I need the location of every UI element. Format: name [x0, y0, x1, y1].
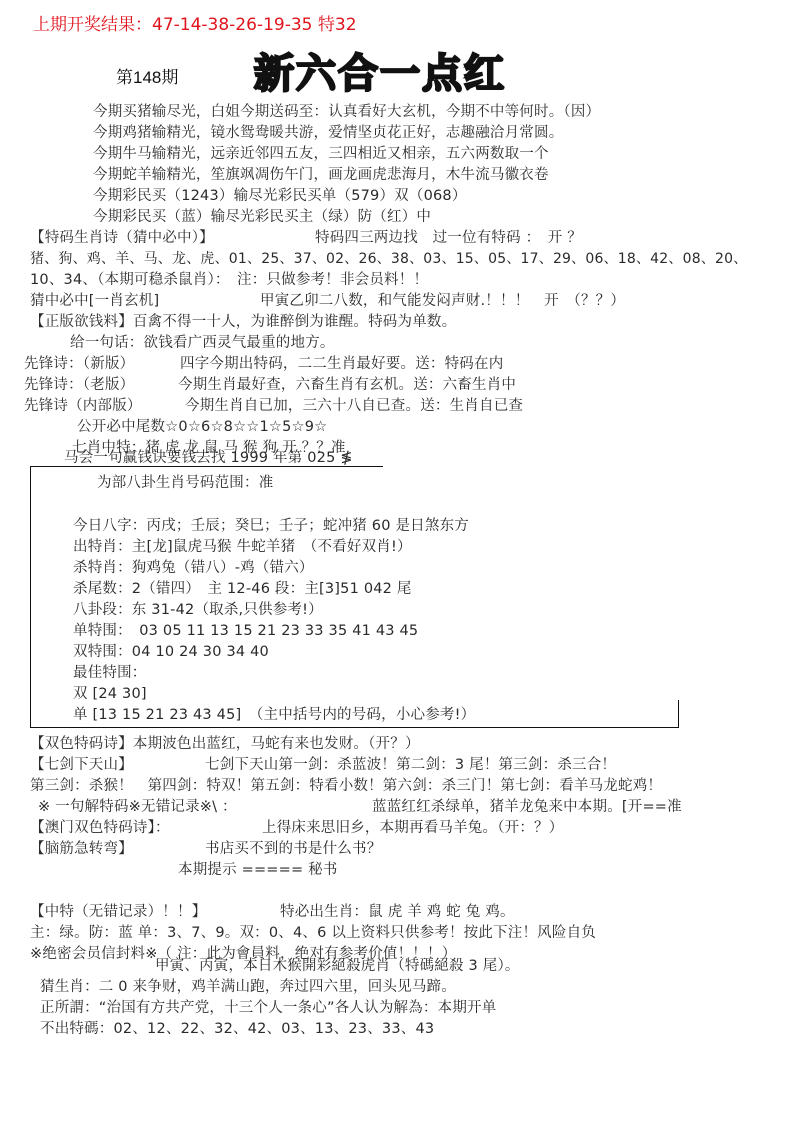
bagua-line: 八卦段：东 31-42（取杀,只供参考!）	[73, 601, 323, 619]
pioneer-old-label: 先锋诗：（老版）	[24, 376, 134, 394]
footer-line: 猜生肖：二 0 来争财，鸡羊满山跑，奔过四六里，回头见马蹄。	[40, 978, 456, 996]
hint-text: 特码四三两边找 过一位有特码 ： 开 ？	[315, 229, 582, 247]
horse-phrase: 马会一句赢钱诀要钱去找 1999 年第 025 ≸	[64, 449, 353, 467]
seven-sword-text: 七剑下天山第一剑：杀蓝波！第二剑：3 尾！第三剑：杀三合！	[205, 756, 616, 774]
last-result-label: 上期开奖结果：	[33, 15, 152, 35]
pioneer-new-text: 四字今期出特码，二二生肖最好要。送：特码在内	[180, 355, 503, 373]
last-result-special: 特32	[318, 15, 357, 35]
color-poem: 【双色特码诗】本期波色出蓝红，马蛇有来也发财。（开？）	[30, 735, 420, 753]
page-title-logo: 新六合一点红	[254, 42, 506, 99]
poem-line: 今期彩民买（1243）输尽光彩民买单（579）双（068）	[93, 187, 467, 205]
number-list: 10、34、（本期可稳杀鼠肖）： 注：只做参考！非会员料！！	[30, 271, 428, 289]
footer-line: 甲寅、丙寅，本日木猴開彩絕殺虎肖（特碼絕殺 3 尾）。	[155, 957, 520, 975]
pioneer-inner-text: 今期生肖自已加，三六十八自已查。送：生肖自已查	[185, 397, 523, 415]
best-label: 最佳特围：	[73, 664, 147, 682]
best-odd-line: 单 [13 15 21 23 43 45] （主中括号内的号码，小心参考!）	[73, 706, 475, 724]
pioneer-inner-label: 先锋诗（内部版）	[24, 397, 142, 415]
pioneer-old-text: 今期生肖最好查，六畜生肖有玄机。送：六畜生肖中	[178, 376, 516, 394]
one-phrase-text: 蓝蓝红红杀绿单，猪羊龙兔来中本期。[开==准	[372, 798, 682, 816]
footer-line: 正所謂：“治国有方共产党，十三个人一条心”各人认为解為：本期开单	[40, 999, 496, 1017]
issue-number: 第148期	[116, 63, 178, 88]
money-line: 【正版欲钱料】百禽不得一十人，为谁醉倒为谁醒。特码为单数。	[30, 313, 456, 331]
poem-line: 今期彩民买（蓝）输尽光彩民买主（绿）防（红）中	[93, 208, 431, 226]
kill-tail-line: 杀尾数：2（错四） 主 12-46 段：主[3]51 042 尾	[73, 580, 412, 598]
mid-text: 特必出生肖：鼠 虎 羊 鸡 蛇 兔 鸡。	[280, 903, 515, 921]
last-result-numbers: 47-14-38-26-19-35	[152, 15, 312, 35]
box-title: 为部八卦生肖号码范围：准	[97, 474, 273, 492]
one-phrase-label: ※ 一句解特码※无错记录※\ ：	[38, 798, 237, 816]
bazi-line: 今日八字：丙戌；壬辰；癸巳；壬子；蛇冲猪 60 是日煞东方	[73, 517, 469, 535]
even-range-line: 双特围：04 10 24 30 34 40	[73, 643, 269, 661]
seven-sword-text: 第三剑：杀猴！ 第四剑：特双！第五剑：特看小数！第六剑：杀三门！第七剑：看羊马龙…	[30, 777, 662, 795]
kill-zodiac-line: 杀特肖：狗鸡兔（错八）-鸡（错六）	[73, 559, 314, 577]
brain-hint: 本期提示 ===== 秘书	[178, 861, 338, 879]
macau-label: 【澳门双色特码诗】：	[30, 819, 170, 837]
poem-line: 今期牛马输精光，远亲近邻四五友，三四相近又相亲，五六两数取一个	[93, 145, 549, 163]
pioneer-new-label: 先锋诗：（新版）	[24, 355, 134, 373]
best-even-line: 双 [24 30]	[73, 685, 147, 703]
guess-text: 甲寅乙卯二八数，和气能发闷声财.！！！ 开 （？？）	[260, 292, 625, 310]
footer-line: 不出特碼：02、12、22、32、42、03、13、23、33、43	[40, 1020, 434, 1038]
box-border-left	[30, 466, 31, 728]
guess-label: 猜中必中[一肖玄机]	[30, 292, 159, 310]
box-border-bottom	[30, 727, 679, 728]
brain-text: 书店买不到的书是什么书？	[205, 840, 381, 858]
mid-label: 【中特（无错记录）！！】	[30, 903, 206, 921]
box-border-right	[678, 700, 679, 728]
number-list: 猪、狗、鸡、羊、马、龙、虎、01、25、37、02、26、38、03、15、05…	[30, 250, 747, 268]
poem-line: 今期鸡猪输精光，镜水鸳鸯暖共游，爱情坚贞花正好，志趣融洽月常圆。	[93, 124, 563, 142]
tail-numbers: 公开必中尾数☆0☆6☆8☆☆1☆5☆9☆	[77, 418, 327, 436]
poem-line: 今期买猪输尽光，白姐今期送码至：认真看好大玄机，今期不中等何时。（因）	[93, 103, 600, 121]
color-line: 主：绿。防：蓝 单：3、7、9。双：0、4、6 以上资料只供参考！按此下注！风险…	[30, 924, 596, 942]
section-title: 【特码生肖诗（猜中必中）】	[30, 229, 214, 247]
poem-line: 今期蛇羊输精光，笙旗飒凋伤午门，画龙画虎悲海月，木牛流马徽衣卷	[93, 166, 549, 184]
one-sentence: 给一句话：欲钱看广西灵气最重的地方。	[70, 334, 335, 352]
out-zodiac-line: 出特肖：主[龙]鼠虎马猴 牛蛇羊猪 （不看好双肖!）	[73, 538, 412, 556]
brain-label: 【脑筋急转弯】	[30, 840, 133, 858]
money-text: 百禽不得一十人，为谁醉倒为谁醒。特码为单数。	[133, 314, 456, 330]
seven-sword-label: 【七剑下天山】	[30, 756, 133, 774]
odd-range-line: 单特围： 03 05 11 13 15 21 23 33 35 41 43 45	[73, 622, 418, 640]
macau-text: 上得床来思旧乡，本期再看马羊兔。（开：？）	[262, 819, 563, 837]
box-border-top	[30, 466, 383, 467]
money-label: 【正版欲钱料】	[30, 314, 133, 330]
last-result: 上期开奖结果：47-14-38-26-19-35 特32	[33, 10, 357, 35]
